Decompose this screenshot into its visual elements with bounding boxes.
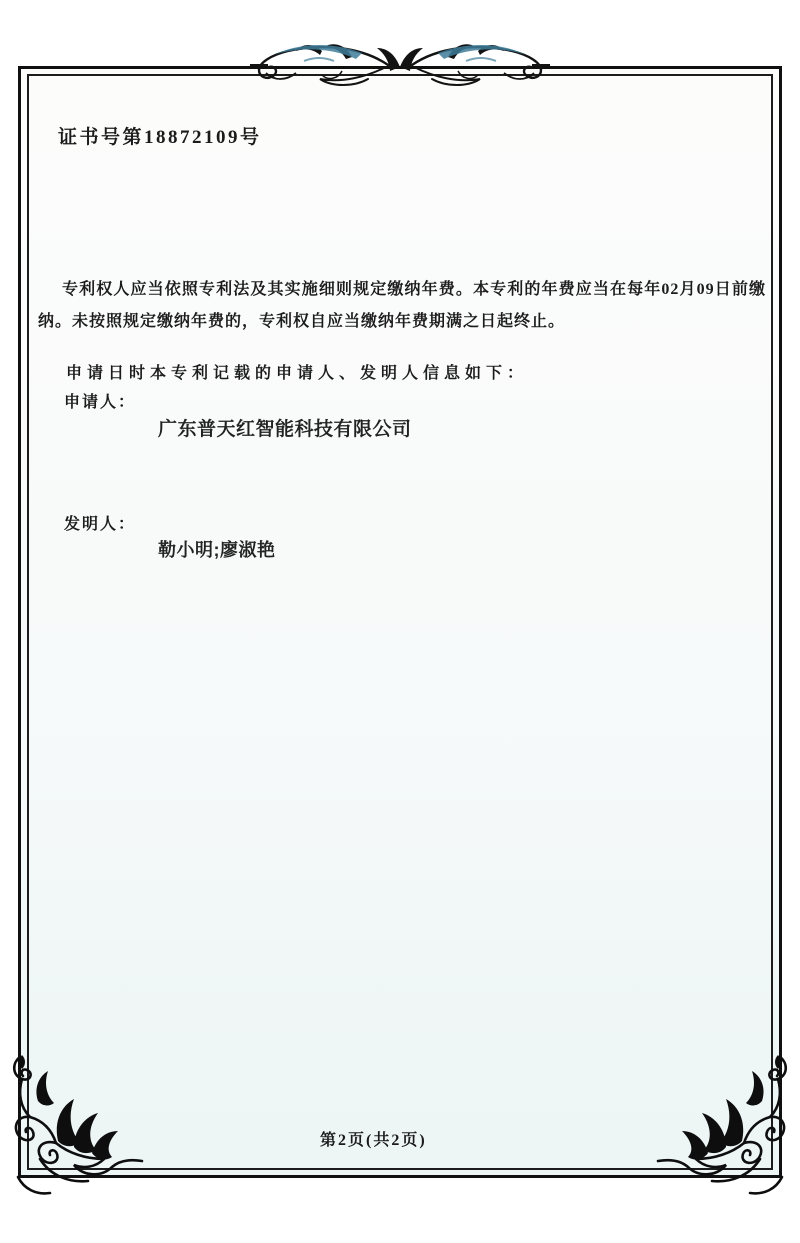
applicant-inventor-info-heading: 申请日时本专利记载的申请人、发明人信息如下：: [66, 360, 528, 383]
inventor-names: 勒小明;廖淑艳: [158, 536, 276, 562]
page-number-indicator: 第2页(共2页): [320, 1127, 427, 1150]
applicant-name: 广东普天红智能科技有限公司: [158, 414, 412, 441]
inventor-label: 发明人：: [64, 511, 136, 534]
annual-fee-notice: 专利权人应当依照专利法及其实施细则规定缴纳年费。本专利的年费应当在每年02月09…: [38, 274, 766, 338]
certificate-page: 证书号第18872109号 专利权人应当依照专利法及其实施细则规定缴纳年费。本专…: [0, 0, 800, 1243]
inner-border-frame: [27, 74, 773, 1170]
applicant-label: 申请人：: [64, 389, 136, 412]
certificate-number: 证书号第18872109号: [58, 122, 262, 149]
